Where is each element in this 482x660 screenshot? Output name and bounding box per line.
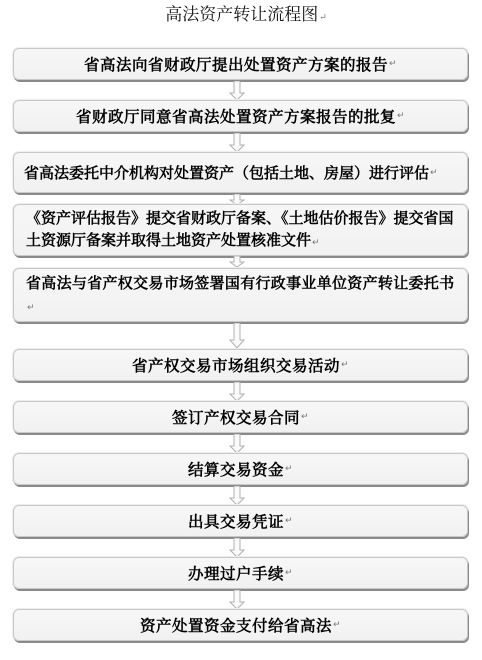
down-arrow-icon bbox=[229, 486, 245, 506]
paragraph-mark-icon: ↵ bbox=[285, 464, 293, 474]
step-label: 省产权交易市场组织交易活动 bbox=[132, 354, 340, 376]
paragraph-mark-icon: ↵ bbox=[319, 13, 327, 23]
flow-step-7: 签订产权交易合同↵ bbox=[13, 401, 468, 433]
down-arrow-icon bbox=[229, 256, 245, 268]
flow-step-3: 省高法委托中介机构对处置资产（包括土地、房屋）进行评估↵ bbox=[13, 152, 468, 193]
title-text: 高法资产转让流程图 bbox=[165, 5, 318, 25]
paragraph-mark-icon: ↵ bbox=[301, 412, 309, 422]
step-label: 省高法委托中介机构对处置资产（包括土地、房屋）进行评估 bbox=[24, 162, 429, 184]
paragraph-mark-icon: ↵ bbox=[333, 620, 341, 630]
flow-step-2: 省财政厅同意省高法处置资产方案报告的批复↵ bbox=[13, 100, 468, 132]
flow-step-10: 办理过户手续↵ bbox=[13, 557, 468, 589]
flow-step-4: 《资产评估报告》提交省财政厅备案、《土地估价报告》提交省国土资源厅备案并取得土地… bbox=[13, 204, 468, 256]
paragraph-mark-icon: ↵ bbox=[389, 59, 397, 69]
paragraph-mark-icon: ↵ bbox=[285, 568, 293, 578]
paragraph-mark-icon: ↵ bbox=[285, 516, 293, 526]
paragraph-mark-icon: ↵ bbox=[341, 360, 349, 370]
step-label: 结算交易资金 bbox=[188, 458, 284, 480]
paragraph-mark-icon: ↵ bbox=[312, 238, 320, 248]
down-arrow-icon bbox=[229, 323, 245, 349]
flow-step-6: 省产权交易市场组织交易活动↵ bbox=[13, 349, 468, 381]
flowchart-title: 高法资产转让流程图↵ bbox=[0, 4, 482, 29]
step-label: 资产处置资金支付给省高法 bbox=[140, 614, 332, 636]
paragraph-mark-icon: ↵ bbox=[27, 303, 35, 313]
down-arrow-icon bbox=[229, 434, 245, 454]
down-arrow-icon bbox=[229, 538, 245, 558]
flow-step-1: 省高法向省财政厅提出处置资产方案的报告↵ bbox=[13, 48, 468, 80]
down-arrow-icon bbox=[229, 81, 245, 101]
step-label: 省高法向省财政厅提出处置资产方案的报告 bbox=[84, 53, 388, 75]
step-label: 《资产评估报告》提交省财政厅备案、《土地估价报告》提交省国土资源厅备案并取得土地… bbox=[26, 209, 454, 249]
step-label: 省高法与省产权交易市场签署国有行政事业单位资产转让委托书 bbox=[26, 274, 454, 292]
step-label: 省财政厅同意省高法处置资产方案报告的批复 bbox=[76, 105, 396, 127]
flow-step-11: 资产处置资金支付给省高法↵ bbox=[13, 609, 468, 641]
flow-step-9: 出具交易凭证↵ bbox=[13, 505, 468, 537]
down-arrow-icon bbox=[229, 590, 245, 610]
flow-step-5: 省高法与省产权交易市场签署国有行政事业单位资产转让委托书↵ bbox=[13, 268, 468, 322]
paragraph-mark-icon: ↵ bbox=[430, 162, 438, 184]
paragraph-mark-icon: ↵ bbox=[397, 111, 405, 121]
down-arrow-icon bbox=[229, 382, 245, 402]
step-label: 出具交易凭证 bbox=[188, 510, 284, 532]
flow-step-8: 结算交易资金↵ bbox=[13, 453, 468, 485]
down-arrow-icon bbox=[229, 133, 245, 153]
step-label: 办理过户手续 bbox=[188, 562, 284, 584]
step-label: 签订产权交易合同 bbox=[172, 406, 300, 428]
